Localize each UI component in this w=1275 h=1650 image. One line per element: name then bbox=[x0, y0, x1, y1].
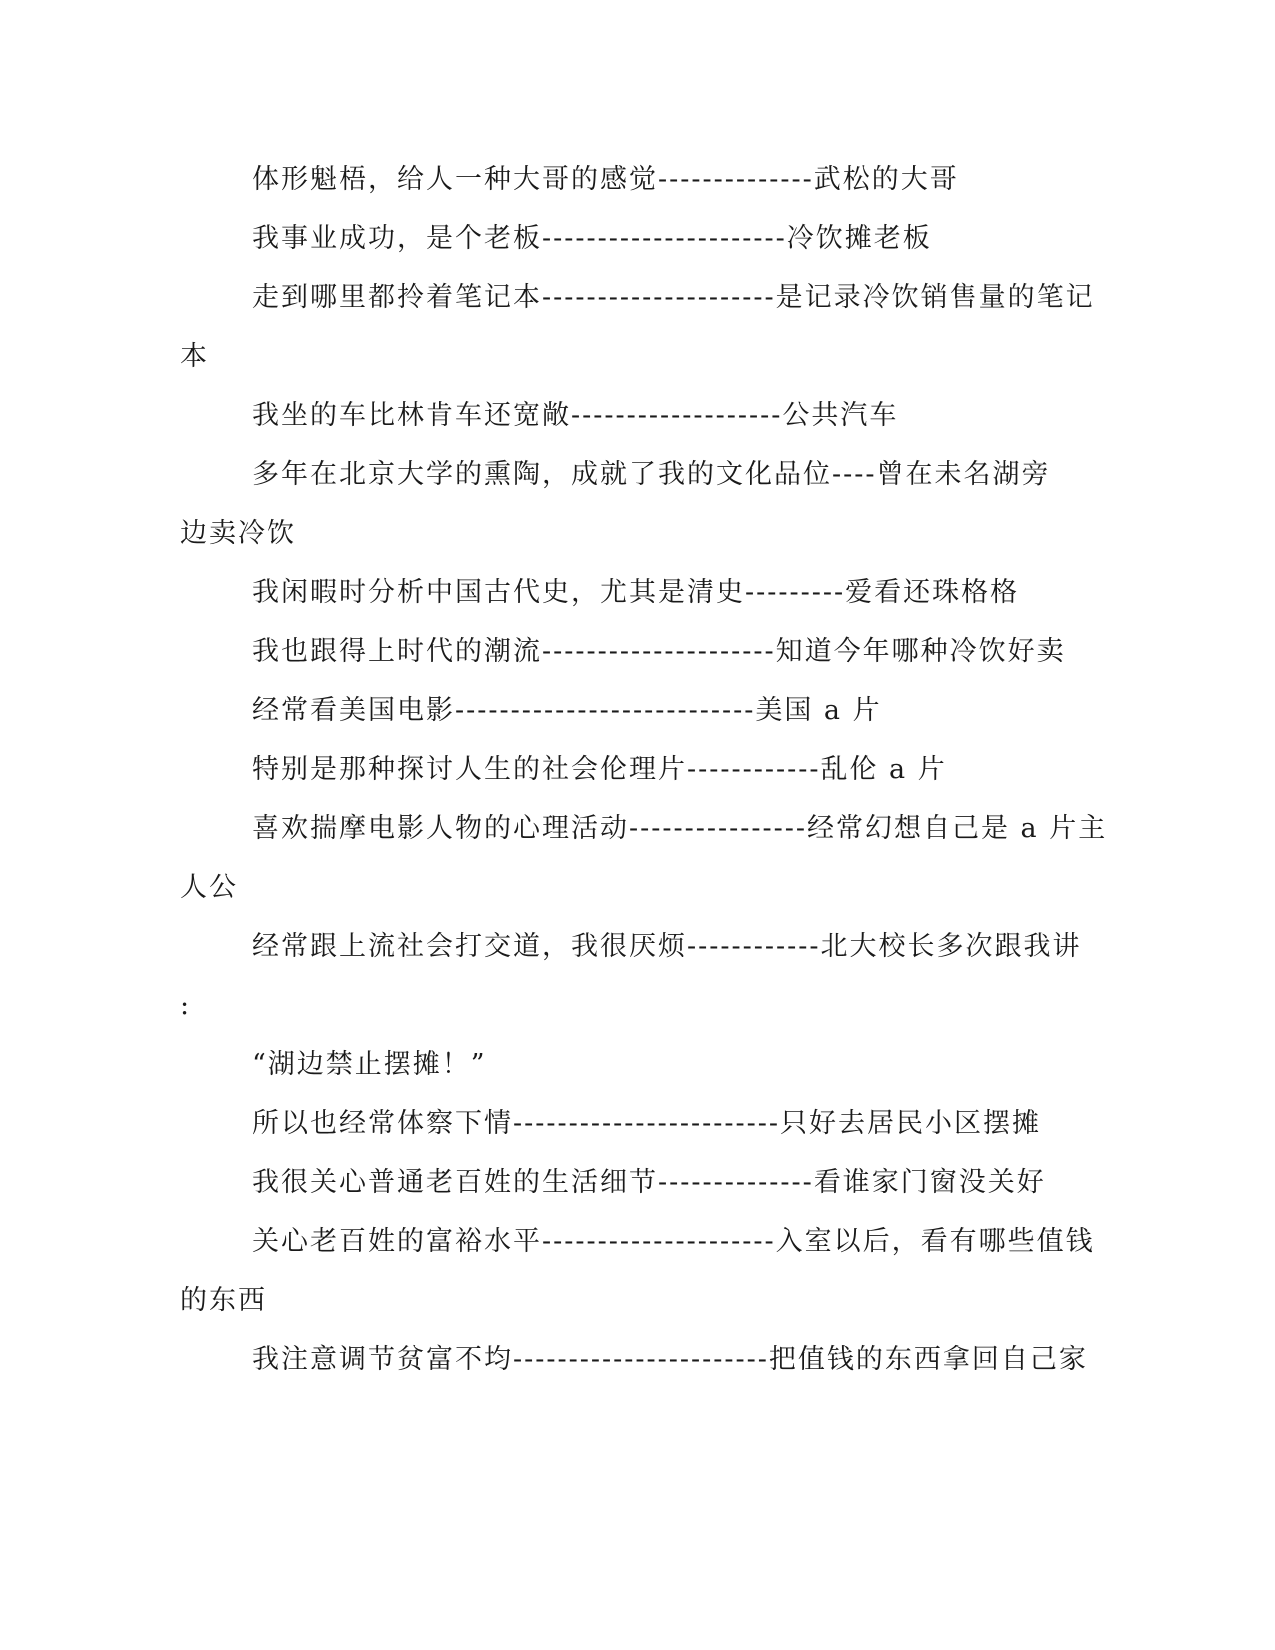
text-line-continuation: 边卖冷饮 bbox=[180, 517, 296, 551]
text-line-continuation: : bbox=[180, 989, 191, 1023]
text-line-continuation: 的东西 bbox=[180, 1284, 267, 1318]
text-line: 我闲暇时分析中国古代史，尤其是清史---------爱看还珠格格 bbox=[252, 576, 1019, 610]
text-line: 经常看美国电影---------------------------美国 a 片 bbox=[252, 694, 882, 728]
text-line: 我坐的车比林肯车还宽敞-------------------公共汽车 bbox=[252, 399, 898, 433]
text-line: 多年在北京大学的熏陶，成就了我的文化品位----曾在未名湖旁 bbox=[252, 458, 1051, 492]
text-line: 所以也经常体察下情------------------------只好去居民小区… bbox=[252, 1107, 1041, 1141]
text-line: 喜欢揣摩电影人物的心理活动----------------经常幻想自己是 a 片… bbox=[252, 812, 1107, 846]
text-line: 体形魁梧，给人一种大哥的感觉--------------武松的大哥 bbox=[252, 163, 959, 197]
text-line: 关心老百姓的富裕水平---------------------入室以后，看有哪些… bbox=[252, 1225, 1095, 1259]
quoted-line: “湖边禁止摆摊！” bbox=[252, 1048, 487, 1082]
document-page: 体形魁梧，给人一种大哥的感觉--------------武松的大哥 我事业成功，… bbox=[0, 0, 1275, 1650]
text-line: 特别是那种探讨人生的社会伦理片------------乱伦 a 片 bbox=[252, 753, 947, 787]
text-line: 经常跟上流社会打交道，我很厌烦------------北大校长多次跟我讲 bbox=[252, 930, 1081, 964]
text-line: 我很关心普通老百姓的生活细节--------------看谁家门窗没关好 bbox=[252, 1166, 1046, 1200]
text-line: 走到哪里都拎着笔记本---------------------是记录冷饮销售量的… bbox=[252, 281, 1095, 315]
text-line-continuation: 本 bbox=[180, 340, 209, 374]
text-line: 我也跟得上时代的潮流---------------------知道今年哪种冷饮好… bbox=[252, 635, 1066, 669]
text-line-continuation: 人公 bbox=[180, 871, 238, 905]
text-line: 我事业成功，是个老板----------------------冷饮摊老板 bbox=[252, 222, 932, 256]
text-line: 我注意调节贫富不均-----------------------把值钱的东西拿回… bbox=[252, 1343, 1088, 1377]
